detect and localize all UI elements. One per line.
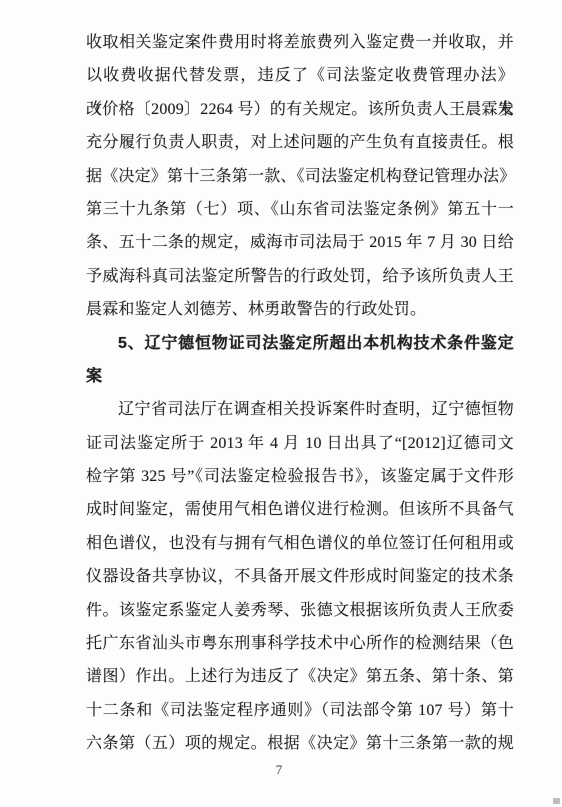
text-line: 收取相关鉴定案件费用时将差旅费列入鉴定费一并收取，并: [86, 26, 514, 59]
section-heading-case-5: 5、辽宁德恒物证司法鉴定所超出本机构技术条件鉴定案: [86, 327, 514, 394]
text-line: 十二条和《司法鉴定程序通则》（司法部令第 107 号）第十: [86, 694, 514, 727]
text-line: 5、辽宁德恒物证司法鉴定所超出本机构技术条件鉴定: [86, 327, 514, 360]
text-line: 晨霖和鉴定人刘德芳、林勇敢警告的行政处罚。: [86, 293, 514, 326]
text-line: 条、五十二条的规定，威海市司法局于 2015 年 7 月 30 日给: [86, 226, 514, 259]
text-line: 案: [86, 360, 514, 393]
text-line: 予威海科真司法鉴定所警告的行政处罚，给予该所负责人王: [86, 260, 514, 293]
text-line: 充分履行负责人职责，对上述问题的产生负有直接责任。根: [86, 126, 514, 159]
text-line: 检字第 325 号”《司法鉴定检验报告书》，该鉴定属于文件形: [86, 460, 514, 493]
text-line: 以收费收据代替发票，违反了《司法鉴定收费管理办法》（发: [86, 59, 514, 92]
paragraph-case-5-body: 辽宁省司法厅在调查相关投诉案件时查明，辽宁德恒物证司法鉴定所于 2013 年 4…: [86, 393, 514, 760]
text-line: 第三十九条第（七）项、《山东省司法鉴定条例》第五十一: [86, 193, 514, 226]
text-line: 件。该鉴定系鉴定人姜秀琴、张德文根据该所负责人王欣委: [86, 594, 514, 627]
scanned-document-page: 收取相关鉴定案件费用时将差旅费列入鉴定费一并收取，并以收费收据代替发票，违反了《…: [0, 0, 562, 807]
text-line: 谱图）作出。上述行为违反了《决定》第五条、第十条、第: [86, 660, 514, 693]
text-line: 辽宁省司法厅在调查相关投诉案件时查明，辽宁德恒物: [86, 393, 514, 426]
text-line: 仪器设备共享协议，不具备开展文件形成时间鉴定的技术条: [86, 560, 514, 593]
text-line: 据《决定》第十三条第一款、《司法鉴定机构登记管理办法》: [86, 160, 514, 193]
text-line: 成时间鉴定，需使用气相色谱仪进行检测。但该所不具备气: [86, 493, 514, 526]
text-line: 相色谱仪，也没有与拥有气相色谱仪的单位签订任何租用或: [86, 527, 514, 560]
text-line: 托广东省汕头市粤东刑事科学技术中心所作的检测结果（色: [86, 627, 514, 660]
page-number: 7: [0, 762, 558, 778]
text-line: 证司法鉴定所于 2013 年 4 月 10 日出具了“[2012]辽德司文: [86, 427, 514, 460]
text-content: 收取相关鉴定案件费用时将差旅费列入鉴定费一并收取，并以收费收据代替发票，违反了《…: [86, 26, 514, 761]
text-line: 六条第（五）项的规定。根据《决定》第十三条第一款的规: [86, 727, 514, 760]
paragraph-continuation: 收取相关鉴定案件费用时将差旅费列入鉴定费一并收取，并以收费收据代替发票，违反了《…: [86, 26, 514, 327]
text-line: 改价格〔2009〕2264 号）的有关规定。该所负责人王晨霖未: [86, 93, 514, 126]
scan-smudge-artifact: [553, 798, 560, 804]
